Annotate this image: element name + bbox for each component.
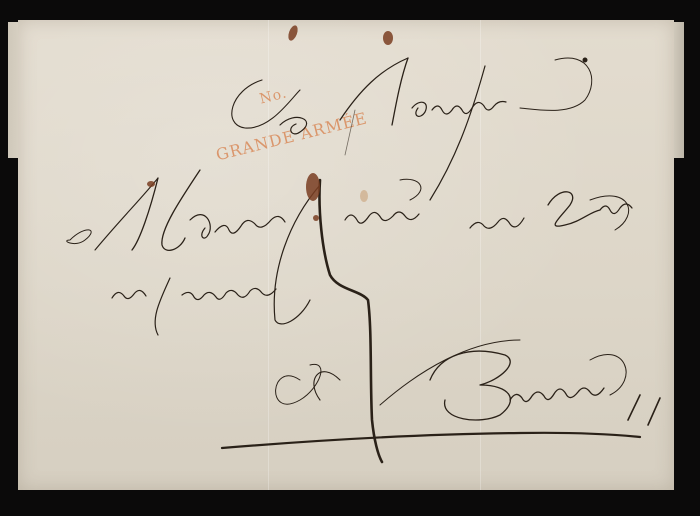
rate-mark [319,180,382,462]
title-line2-ink [112,290,146,298]
handwriting [0,0,700,516]
letter-photo: No. GRANDE ARMÉE [0,0,700,516]
salutation: A Monsieur [0,0,1,1]
ink-stains [147,24,393,221]
title-line1-ink [345,212,419,223]
recipient-flourish [67,230,92,244]
salutation-flourish [232,80,300,128]
underline-stroke [222,433,640,448]
